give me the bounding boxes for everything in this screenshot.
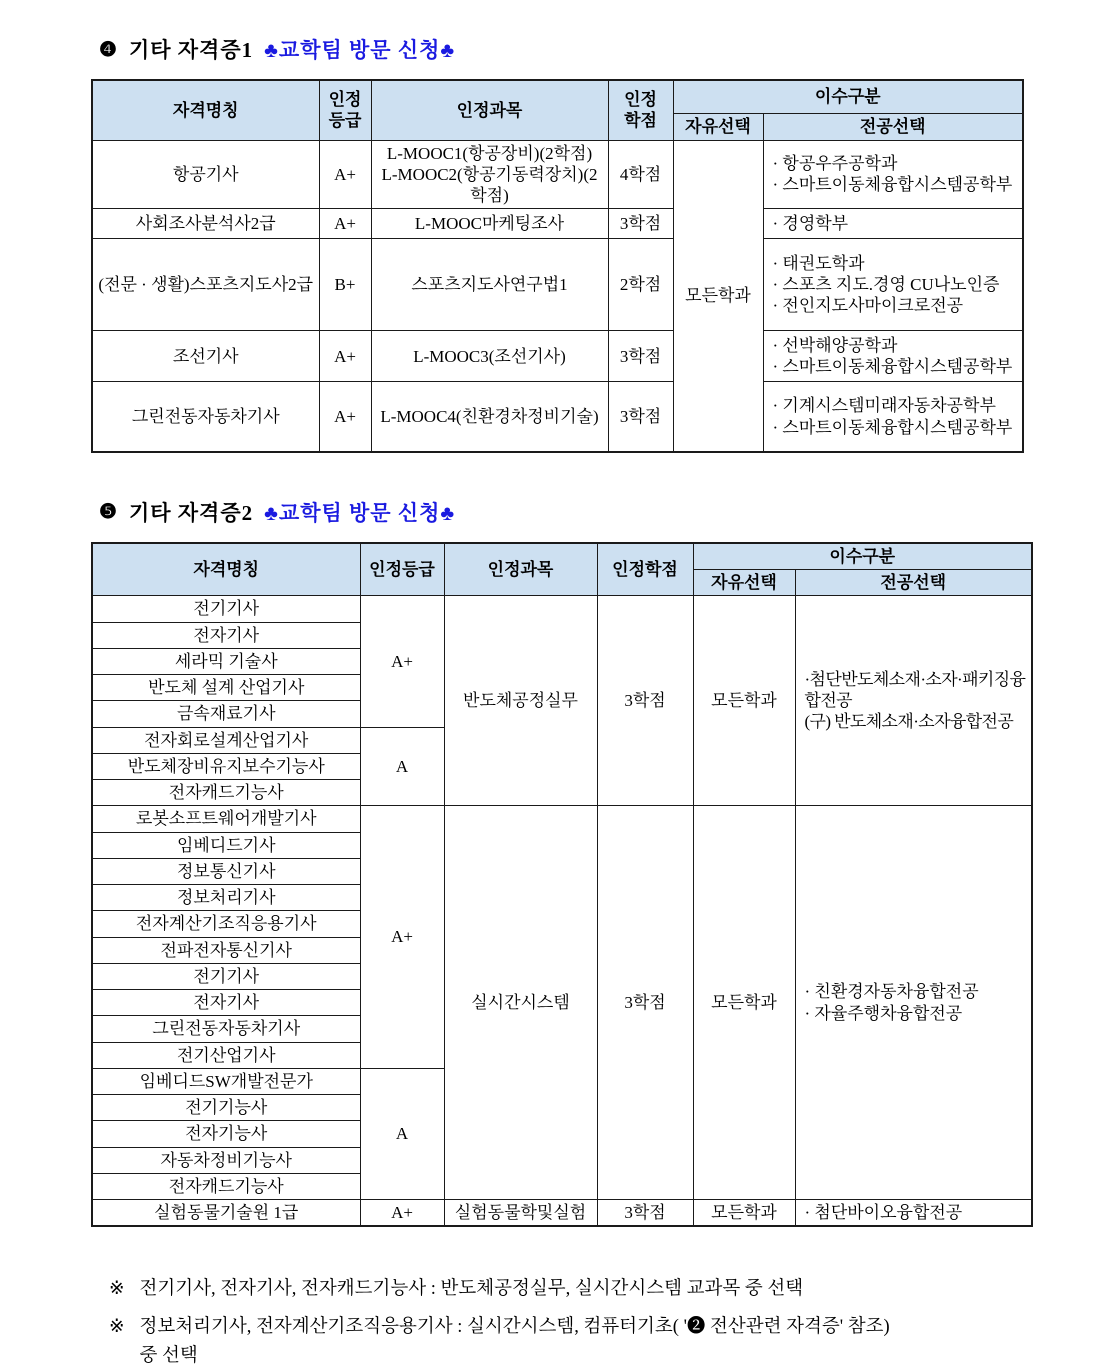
col-header-completion: 이수구분 [693, 543, 1032, 570]
subject-cell: 반도체공정실무 [444, 596, 597, 806]
cert-name-cell: 그린전동자동차기사 [92, 1016, 360, 1042]
cert-name-cell: 전자기사 [92, 622, 360, 648]
col-header-credit: 인정 학점 [608, 80, 673, 140]
grade-cell: A [360, 727, 444, 806]
free-choice-cell: 모든학과 [693, 596, 795, 806]
cert-name-cell: 전자회로설계산업기사 [92, 727, 360, 753]
grade-cell: A+ [319, 209, 371, 239]
document-page: ❹ 기타 자격증1 ♣교학팀 방문 신청♣ 자격명칭 인정 등급 인정과목 인정… [0, 0, 1116, 1323]
credit-cell: 3학점 [597, 1200, 693, 1227]
credit-cell: 3학점 [597, 806, 693, 1200]
cert-name-cell: 임베디드기사 [92, 832, 360, 858]
credit-cell: 3학점 [608, 331, 673, 382]
note-text: 전기기사, 전자기사, 전자캐드기능사 : 반도체공정실무, 실시간시스템 교과… [140, 1275, 804, 1305]
cert-name-cell: (전문 · 생활)스포츠지도사2급 [92, 239, 319, 331]
free-choice-cell: 모든학과 [693, 1200, 795, 1227]
credit-cell: 3학점 [597, 596, 693, 806]
cert-name-cell: 정보처리기사 [92, 885, 360, 911]
cert-name-cell: 조선기사 [92, 331, 319, 382]
free-choice-cell: 모든학과 [693, 806, 795, 1200]
other-certs-table-1: 자격명칭 인정 등급 인정과목 인정 학점 이수구분 자유선택 전공선택 항공기… [91, 79, 1024, 453]
col-header-grade: 인정등급 [360, 543, 444, 596]
col-header-subject: 인정과목 [371, 80, 608, 140]
subject-cell: L-MOOC마케팅조사 [371, 209, 608, 239]
col-header-major-choice: 전공선택 [795, 570, 1032, 596]
footer-notes: ※ 전기기사, 전자기사, 전자캐드기능사 : 반도체공정실무, 실시간시스템 … [109, 1275, 1116, 1372]
cert-name-cell: 임베디드SW개발전문가 [92, 1068, 360, 1094]
col-header-free-choice: 자유선택 [673, 113, 763, 140]
major-choice-cell: · 선박해양공학과 · 스마트이동체융합시스템공학부 [763, 331, 1023, 382]
cert-name-cell: 세라믹 기술사 [92, 648, 360, 674]
cert-name-cell: 전기기사 [92, 963, 360, 989]
circled-5-icon: ❺ [99, 499, 118, 524]
major-choice-cell: · 경영학부 [763, 209, 1023, 239]
cert-name-cell: 전파전자통신기사 [92, 937, 360, 963]
cert-name-cell: 전자기사 [92, 990, 360, 1016]
cert-name-cell: 자동차정비기능사 [92, 1147, 360, 1173]
free-choice-cell: 모든학과 [673, 140, 763, 452]
grade-cell: A+ [360, 596, 444, 727]
subject-cell: 실험동물학및실험 [444, 1200, 597, 1227]
section-title-1: ❹ 기타 자격증1 ♣교학팀 방문 신청♣ [99, 34, 1116, 64]
cert-name-cell: 정보통신기사 [92, 858, 360, 884]
cert-name-cell: 반도체장비유지보수기능사 [92, 753, 360, 779]
reference-mark-icon: ※ [109, 1275, 125, 1305]
major-choice-cell: · 태권도학과 · 스포츠 지도.경영 CU나노인증 · 전인지도사마이크로전공 [763, 239, 1023, 331]
cert-name-cell: 전자계산기조직응용기사 [92, 911, 360, 937]
col-header-grade: 인정 등급 [319, 80, 371, 140]
col-header-cert-name: 자격명칭 [92, 543, 360, 596]
other-certs-table-2: 자격명칭 인정등급 인정과목 인정학점 이수구분 자유선택 전공선택 전기기사 … [91, 542, 1033, 1228]
grade-cell: A+ [319, 331, 371, 382]
section-1-club-subtitle: ♣교학팀 방문 신청♣ [264, 34, 455, 64]
cert-name-cell: 로봇소프트웨어개발기사 [92, 806, 360, 832]
grade-cell: A+ [319, 140, 371, 209]
col-header-completion: 이수구분 [673, 80, 1023, 113]
col-header-major-choice: 전공선택 [763, 113, 1023, 140]
cert-name-cell: 실험동물기술원 1급 [92, 1200, 360, 1227]
grade-cell: B+ [319, 239, 371, 331]
cert-name-cell: 전자캐드기능사 [92, 780, 360, 806]
cert-name-cell: 금속재료기사 [92, 701, 360, 727]
major-choice-cell: · 친환경자동차융합전공 · 자율주행차융합전공 [795, 806, 1032, 1200]
grade-cell: A+ [360, 1200, 444, 1227]
circled-4-icon: ❹ [99, 37, 118, 62]
cert-name-cell: 반도체 설계 산업기사 [92, 675, 360, 701]
subject-cell: L-MOOC4(친환경차정비기술) [371, 382, 608, 452]
credit-cell: 3학점 [608, 382, 673, 452]
section-2-club-subtitle: ♣교학팀 방문 신청♣ [264, 497, 455, 527]
col-header-free-choice: 자유선택 [693, 570, 795, 596]
grade-cell: A+ [319, 382, 371, 452]
reference-mark-icon: ※ [109, 1313, 125, 1372]
credit-cell: 4학점 [608, 140, 673, 209]
cert-name-cell: 전기산업기사 [92, 1042, 360, 1068]
subject-cell: 실시간시스템 [444, 806, 597, 1200]
cert-name-cell: 항공기사 [92, 140, 319, 209]
subject-cell: L-MOOC1(항공장비)(2학점) L-MOOC2(항공기동력장치)(2학점) [371, 140, 608, 209]
cert-name-cell: 전기기사 [92, 596, 360, 622]
cert-name-cell: 전자캐드기능사 [92, 1173, 360, 1199]
grade-cell: A+ [360, 806, 444, 1069]
cert-name-cell: 전자기능사 [92, 1121, 360, 1147]
major-choice-cell: · 기계시스템미래자동차공학부 · 스마트이동체융합시스템공학부 [763, 382, 1023, 452]
credit-cell: 2학점 [608, 239, 673, 331]
cert-name-cell: 그린전동자동차기사 [92, 382, 319, 452]
col-header-credit: 인정학점 [597, 543, 693, 596]
major-choice-cell: · 첨단바이오융합전공 [795, 1200, 1032, 1227]
col-header-subject: 인정과목 [444, 543, 597, 596]
col-header-cert-name: 자격명칭 [92, 80, 319, 140]
major-choice-cell: ·첨단반도체소재·소자·패키징융합전공 (구) 반도체소재·소자융합전공 [795, 596, 1032, 806]
major-choice-cell: · 항공우주공학과 · 스마트이동체융합시스템공학부 [763, 140, 1023, 209]
cert-name-cell: 사회조사분석사2급 [92, 209, 319, 239]
note-course-selection-1: ※ 전기기사, 전자기사, 전자캐드기능사 : 반도체공정실무, 실시간시스템 … [109, 1275, 1116, 1305]
note-text: 정보처리기사, 전자계산기조직응용기사 : 실시간시스템, 컴퓨터기초( '❷ … [140, 1313, 890, 1372]
grade-cell: A [360, 1068, 444, 1199]
section-2-title-text: 기타 자격증2 [129, 497, 253, 527]
subject-cell: L-MOOC3(조선기사) [371, 331, 608, 382]
cert-name-cell: 전기기능사 [92, 1095, 360, 1121]
section-title-2: ❺ 기타 자격증2 ♣교학팀 방문 신청♣ [99, 497, 1116, 527]
note-course-selection-2: ※ 정보처리기사, 전자계산기조직응용기사 : 실시간시스템, 컴퓨터기초( '… [109, 1313, 1116, 1372]
credit-cell: 3학점 [608, 209, 673, 239]
subject-cell: 스포츠지도사연구법1 [371, 239, 608, 331]
section-1-title-text: 기타 자격증1 [129, 34, 253, 64]
